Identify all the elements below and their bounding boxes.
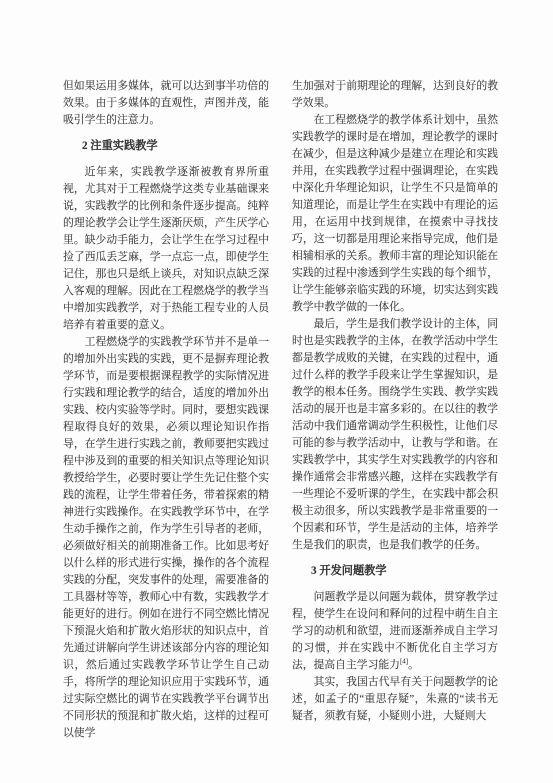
right-column: 生加强对于前期理论的理解，达到良好的教学效果。 在工程燃烧学的教学体系计划中，虽… bbox=[292, 78, 498, 725]
paragraph-student-as-subject: 最后，学生是我们教学设计的主体，同时也是实践教学的主体，在教学活动中学生都是教学… bbox=[292, 316, 498, 554]
paragraph-teaching-effect-continuation: 生加强对于前期理论的理解，达到良好的教学效果。 bbox=[292, 78, 498, 112]
paragraph-practical-teaching-importance: 近年来，实践教学逐渐被教育界所重视，尤其对于工程燃烧学这类专业基础课来说，实践教… bbox=[63, 164, 269, 334]
paragraph-problem-teaching-definition: 问题教学是以问题为载体，贯穿教学过程，使学生在设问和释问的过程中萌生自主学习的动… bbox=[292, 589, 498, 674]
paragraph-practical-teaching-method: 工程燃烧学的实践教学环节并不是单一的增加外出实践的实践，更不是摒弃理论教学环节，… bbox=[63, 334, 269, 742]
section-heading-practical-teaching: 2 注重实践教学 bbox=[63, 138, 269, 155]
paragraph-ancient-problem-teaching: 其实，我国古代早有关于问题教学的论述，如孟子的“重思存疑”，朱熹的“读书无疑者，… bbox=[292, 674, 498, 725]
left-column: 但如果运用多媒体，就可以达到事半功倍的效果。由于多媒体的直观性，声图并茂，能吸引… bbox=[63, 78, 269, 742]
section-heading-problem-teaching: 3 开发问题教学 bbox=[292, 563, 498, 580]
paragraph-multimedia-continuation: 但如果运用多媒体，就可以达到事半功倍的效果。由于多媒体的直观性，声图并茂，能吸引… bbox=[63, 78, 269, 129]
document-page: 但如果运用多媒体，就可以达到事半功倍的效果。由于多媒体的直观性，声图并茂，能吸引… bbox=[0, 0, 553, 783]
paragraph-theory-practice-relation: 在工程燃烧学的教学体系计划中，虽然实践教学的课时是在增加，理论教学的课时在减少，… bbox=[292, 112, 498, 316]
